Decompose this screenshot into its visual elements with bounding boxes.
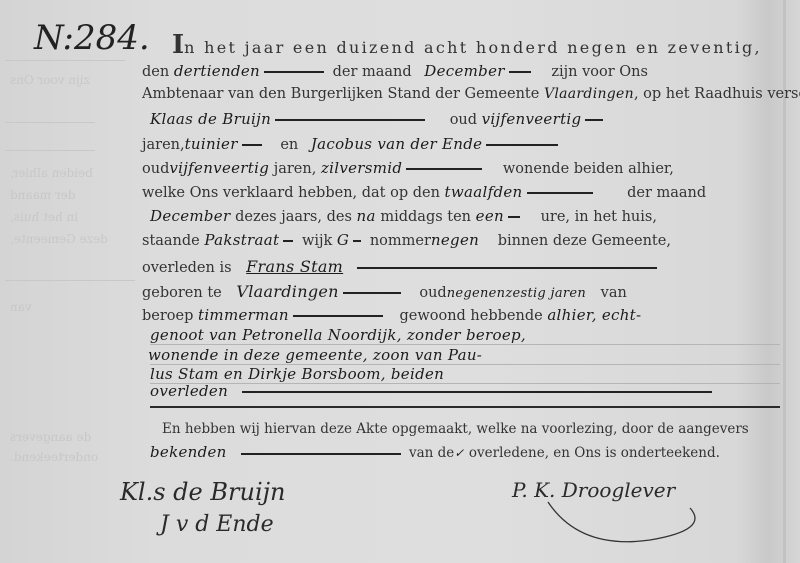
field-continuation-2: wonende in deze gemeente, zoon van Pau- [148, 346, 482, 364]
page-fold-shadow [783, 0, 786, 563]
fill-rule [527, 192, 593, 194]
fill-rule [242, 391, 712, 393]
field-deceased-age: negenenzestig jaren [447, 286, 586, 301]
opening-line: In het jaar een duizend acht honderd neg… [172, 30, 762, 60]
bleed-through-text: onderteekend. [10, 450, 98, 464]
fill-rule [508, 216, 520, 218]
label-staande: staande [142, 233, 200, 249]
field-continuation-3: lus Stam en Dirkje Borsboom, beiden [150, 365, 444, 383]
bleed-through-text: zijn voor Ons [10, 73, 90, 87]
label-dezes-jaars: dezes jaars, des [235, 209, 352, 225]
declaration-line: welke Ons verklaard hebben, dat op den t… [142, 183, 706, 201]
label-jaren: jaren, [274, 161, 317, 177]
field-day: dertienden [174, 62, 260, 80]
field-deceased-name: Frans Stam [246, 257, 343, 276]
label-middags-ten: middags ten [380, 209, 471, 225]
fill-rule [585, 119, 603, 121]
label-der-maand: der maand [627, 185, 706, 201]
address-line: staande Pakstraat wijk G nommernegen bin… [142, 231, 671, 249]
field-wijk: G [337, 231, 349, 249]
field-house-number: negen [431, 231, 479, 249]
label-gewoond-hebbende: gewoond hebbende [399, 308, 542, 324]
year-phrase: n het jaar een duizend acht honderd nege… [184, 38, 762, 57]
label-en: en [280, 137, 298, 153]
closing-rule [150, 406, 780, 408]
fill-rule [264, 71, 324, 73]
field-municipality: Vlaardingen [544, 86, 634, 102]
label-verklaard: welke Ons verklaard hebben, dat op den [142, 185, 440, 201]
label-raadhuis: , op het Raadhuis verschenen [634, 86, 800, 102]
field-declarant2-name: Jacobus van der Ende [311, 135, 482, 153]
label-overledene-onderteekend: overledene, en Ons is onderteekend. [469, 445, 720, 461]
initial-capital: I [172, 30, 184, 60]
declarant1-line: Klaas de Bruijn oud vijfenveertig [150, 110, 607, 128]
fill-rule [283, 240, 293, 242]
label-van: van [601, 285, 627, 301]
field-hour: een [476, 207, 504, 225]
closing-line-2: bekenden van de✓ overledene, en Ons is o… [150, 443, 720, 461]
field-declarant1-occupation: tuinier [185, 135, 238, 153]
field-acknowledged: bekenden [150, 443, 227, 461]
label-oud: oud [142, 161, 169, 177]
ruled-line [150, 344, 780, 345]
closing-line-1: En hebben wij hiervan deze Akte opgemaak… [162, 421, 749, 437]
label-ure-in-het-huis: ure, in het huis, [541, 209, 657, 225]
birth-line: geboren te Vlaardingen oudnegenenzestig … [142, 282, 627, 301]
deceased-line: overleden is Frans Stam [142, 257, 661, 276]
label-der-maand: der maand [333, 64, 412, 80]
fill-rule [242, 144, 262, 146]
bleed-through-text: beiden alhier, [10, 166, 93, 180]
label-zijn-voor-ons: zijn voor Ons [551, 64, 648, 80]
signature-declarant-1: Kl.s de Bruijn [120, 478, 286, 506]
label-binnen-deze-gemeente: binnen deze Gemeente, [498, 233, 671, 249]
continuation-4-line: overleden [150, 382, 716, 400]
fill-rule [343, 292, 401, 294]
bleed-through-text: in het huis, [10, 210, 78, 224]
officer-line: Ambtenaar van den Burgerlijken Stand der… [142, 86, 800, 102]
signature-flourish [540, 490, 740, 550]
field-street: Pakstraat [204, 231, 279, 249]
declarant2-line: oudvijfenveertig jaren, zilversmid wonen… [142, 159, 674, 177]
field-declarant1-name: Klaas de Bruijn [150, 110, 271, 128]
field-declarant1-age: vijfenveertig [482, 110, 582, 128]
bleed-through-rule [5, 122, 95, 123]
bleed-through-rule [5, 280, 135, 281]
field-declarant2-occupation: zilversmid [321, 159, 402, 177]
label-den: den [142, 64, 169, 80]
bleed-through-text: van [10, 300, 32, 314]
field-death-day: twaalfden [445, 183, 523, 201]
fill-rule [486, 144, 558, 146]
label-van-de: van de [409, 445, 454, 461]
bleed-through-text: der maand [10, 188, 75, 202]
fill-rule [357, 267, 657, 269]
field-residence: alhier, echt- [547, 306, 641, 324]
label-beroep: beroep [142, 308, 193, 324]
field-time-of-day: na [357, 207, 376, 225]
fill-rule [275, 119, 425, 121]
label-ambtenaar: Ambtenaar van den Burgerlijken Stand der… [142, 86, 539, 102]
field-death-month: December [150, 207, 230, 225]
fill-rule [293, 315, 383, 317]
record-number: N:284. [34, 18, 150, 58]
label-nommer: nommer [370, 233, 431, 249]
field-continuation-1: genoot van Petronella Noordijk, zonder b… [150, 326, 526, 344]
field-birthplace: Vlaardingen [236, 282, 338, 301]
fill-rule [241, 453, 401, 455]
field-continuation-4: overleden [150, 382, 228, 400]
time-line: December dezes jaars, des na middags ten… [150, 207, 657, 225]
fill-rule [406, 168, 482, 170]
label-overleden-is: overleden is [142, 260, 232, 276]
date-line: den dertienden der maand December zijn v… [142, 62, 648, 80]
field-month: December [424, 62, 504, 80]
bleed-through-rule [5, 150, 95, 151]
occupation-line: beroep timmerman gewoond hebbende alhier… [142, 306, 641, 324]
civil-death-record-page: zijn voor Ons beiden alhier, der maand i… [0, 0, 800, 563]
label-wijk: wijk [302, 233, 332, 249]
fill-rule [353, 240, 361, 242]
bleed-through-text: deze Gemeente, [10, 232, 108, 246]
label-oud: oud [450, 112, 477, 128]
bleed-through-rule [5, 60, 125, 61]
label-oud: oud [419, 285, 446, 301]
field-declarant2-age: vijfenveertig [169, 159, 269, 177]
bleed-through-text: de aangevers [10, 430, 91, 444]
label-jaren: jaren, [142, 137, 185, 153]
label-wonende-beiden-alhier: wonende beiden alhier, [503, 161, 674, 177]
declarant-occupation-line: jaren,tuinier en Jacobus van der Ende [142, 135, 562, 153]
signature-declarant-2: J v d Ende [160, 512, 274, 537]
label-geboren-te: geboren te [142, 285, 222, 301]
fill-rule [509, 71, 531, 73]
field-occupation: timmerman [198, 306, 289, 324]
